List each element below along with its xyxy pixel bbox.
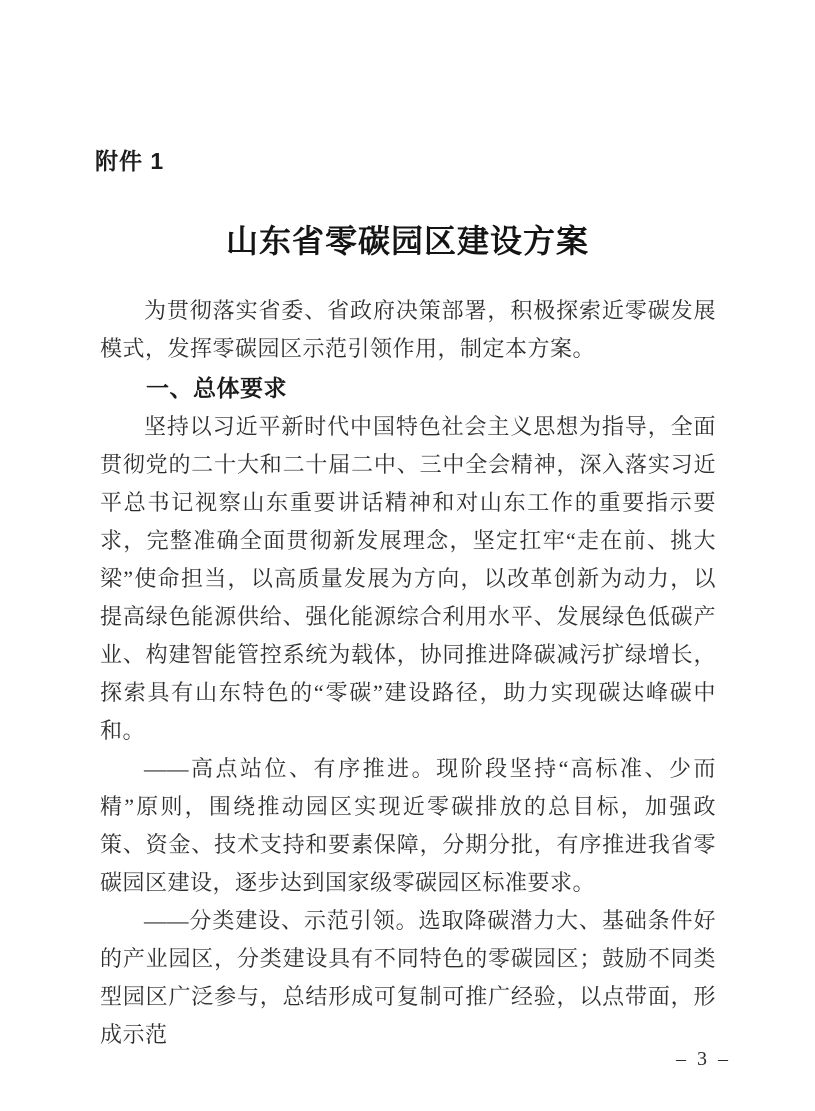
- page-number: – 3 –: [676, 1048, 731, 1071]
- paragraph-high-positioning-orderly-advance: ——高点站位、有序推进。现阶段坚持“高标准、少而精”原则，围绕推动园区实现近零碳…: [100, 750, 716, 902]
- attachment-label: 附件 1: [95, 143, 164, 176]
- paragraph-intro: 为贯彻落实省委、省政府决策部署，积极探索近零碳发展模式，发挥零碳园区示范引领作用…: [100, 292, 716, 368]
- document-body: 为贯彻落实省委、省政府决策部署，积极探索近零碳发展模式，发挥零碳园区示范引领作用…: [100, 292, 716, 1054]
- section-heading-overall-requirements: 一、总体要求: [100, 368, 716, 408]
- paragraph-guiding-ideology: 坚持以习近平新时代中国特色社会主义思想为指导，全面贯彻党的二十大和二十届二中、三…: [100, 408, 716, 750]
- document-page: 附件 1 山东省零碳园区建设方案 为贯彻落实省委、省政府决策部署，积极探索近零碳…: [0, 0, 815, 1111]
- document-title: 山东省零碳园区建设方案: [0, 216, 815, 262]
- paragraph-classified-construction-demonstration: ——分类建设、示范引领。选取降碳潜力大、基础条件好的产业园区，分类建设具有不同特…: [100, 902, 716, 1054]
